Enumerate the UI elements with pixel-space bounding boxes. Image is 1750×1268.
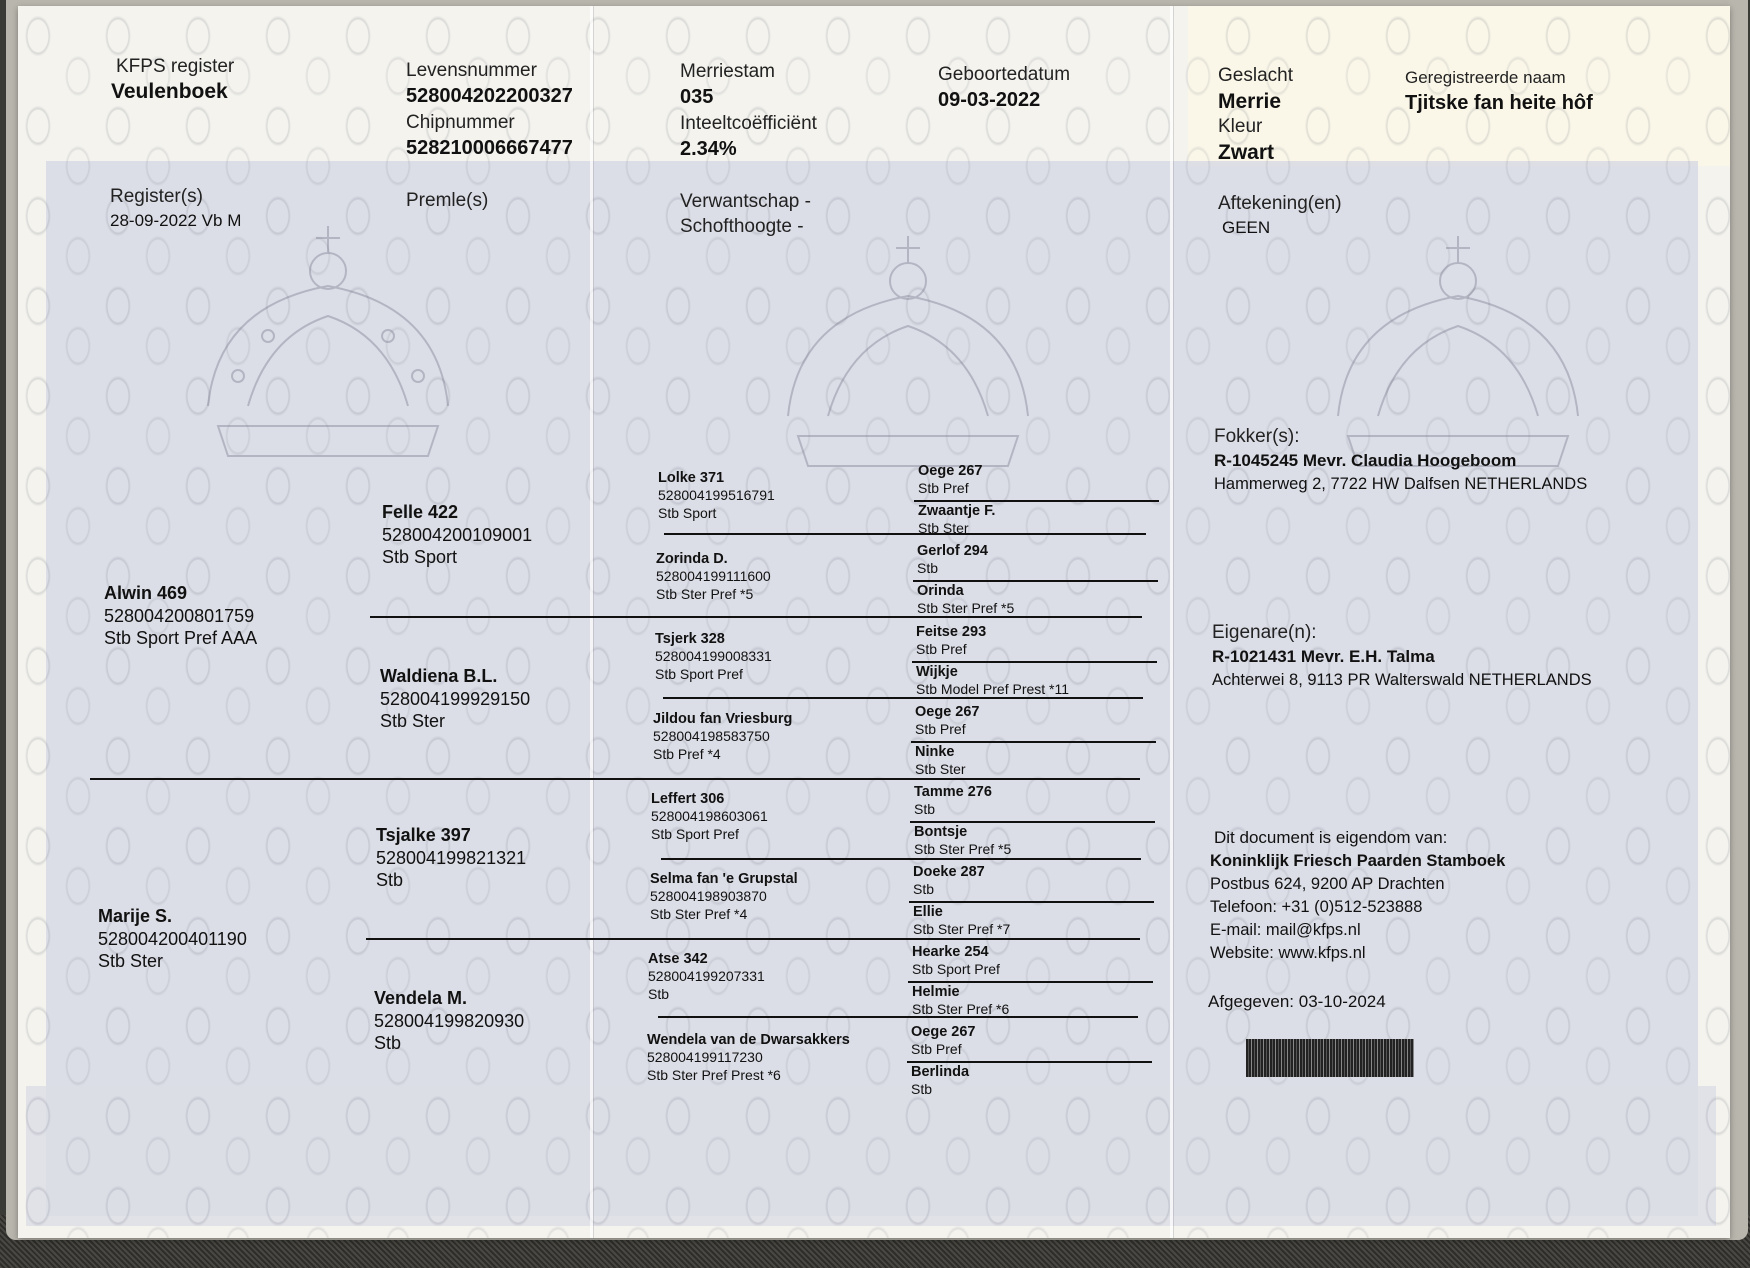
fold-line [590,6,593,1238]
pedigree-document: KFPS register Veulenboek Levensnummer 52… [18,6,1730,1238]
verwantschap: Verwantschap - [680,191,811,213]
crown-watermark-icon [178,226,478,506]
watermark-pattern [18,6,1730,1238]
naam-label: Geregistreerde naam [1405,68,1566,88]
pedigree-grandparent: Felle 422 528004200109001 Stb Sport [382,501,532,569]
pedigree-dam: Marije S. 528004200401190 Stb Ster [98,905,247,973]
kleur-value: Zwart [1218,141,1274,165]
chipnummer-label: Chipnummer [406,112,515,134]
kleur-label: Kleur [1218,116,1262,138]
aftekeningen-value: GEEN [1222,218,1270,238]
registers-label: Register(s) [110,186,203,208]
pedigree-great-great-grandparent: Gerlof 294Stb [917,542,988,578]
pedigree-great-great-grandparent: EllieStb Ster Pref *7 [913,903,1010,939]
pedigree-great-grandparent: Wendela van de Dwarsakkers 5280041991172… [647,1031,850,1084]
divider [366,938,1140,940]
pedigree-great-great-grandparent: BerlindaStb [911,1063,969,1099]
chipnummer-value: 528210006667477 [406,137,573,160]
breeder-address: Hammerweg 2, 7722 HW Dalfsen NETHERLANDS [1214,475,1587,494]
owner-name: R-1021431 Mevr. E.H. Talma [1212,647,1435,667]
geslacht-label: Geslacht [1218,65,1293,87]
pedigree-great-grandparent: Atse 342 528004199207331 Stb [648,950,765,1003]
merriestam-label: Merriestam [680,61,775,83]
issued-date: Afgegeven: 03-10-2024 [1208,992,1386,1012]
pedigree-grandparent: Tsjalke 397 528004199821321 Stb [376,824,526,892]
pedigree-great-grandparent: Tsjerk 328 528004199008331 Stb Sport Pre… [655,630,772,683]
divider [658,1016,1138,1018]
divider [661,858,1141,860]
owner-label: Eigenare(n): [1212,622,1317,644]
pedigree-great-great-grandparent: Hearke 254Stb Sport Pref [912,943,1000,979]
geslacht-value: Merrie [1218,90,1281,114]
crown-watermark-icon [758,236,1058,516]
levensnummer-value: 528004202200327 [406,85,573,108]
property-phone: Telefoon: +31 (0)512-523888 [1210,898,1422,917]
owner-address: Achterwei 8, 9113 PR Walterswald NETHERL… [1212,671,1592,690]
divider [370,616,1142,618]
property-intro: Dit document is eigendom van: [1214,828,1447,848]
levensnummer-label: Levensnummer [406,60,537,82]
premies-label: Premle(s) [406,190,488,212]
registers-value: 28-09-2022 Vb M [110,211,241,231]
inteelt-label: Inteeltcoëfficiënt [680,113,817,135]
pedigree-great-great-grandparent: HelmieStb Ster Pref *6 [912,983,1009,1019]
pedigree-grandparent: Waldiena B.L. 528004199929150 Stb Ster [380,665,530,733]
pedigree-great-grandparent: Zorinda D. 528004199111600 Stb Ster Pref… [656,550,771,603]
fold-line [1170,6,1173,1238]
pedigree-great-grandparent: Lolke 371 528004199516791 Stb Sport [658,469,775,522]
divider [664,533,1146,535]
geboortedatum-label: Geboortedatum [938,64,1070,86]
pedigree-great-great-grandparent: Oege 267Stb Pref [918,462,983,498]
pedigree-great-great-grandparent: BontsjeStb Ster Pref *5 [914,823,1011,859]
divider [663,697,1143,699]
pedigree-great-grandparent: Jildou fan Vriesburg 528004198583750 Stb… [653,710,792,763]
crown-watermark-icon [1308,236,1608,516]
breeder-name: R-1045245 Mevr. Claudia Hoogeboom [1214,451,1516,471]
pedigree-great-great-grandparent: Doeke 287Stb [913,863,985,899]
merriestam-value: 035 [680,86,713,109]
pedigree-great-great-grandparent: WijkjeStb Model Pref Prest *11 [916,663,1069,699]
naam-value: Tjitske fan heite hôf [1405,92,1593,115]
register-value: Veulenboek [111,80,228,104]
pedigree-grandparent: Vendela M. 528004199820930 Stb [374,987,524,1055]
property-address: Postbus 624, 9200 AP Drachten [1210,875,1445,894]
pedigree-great-great-grandparent: Zwaantje F.Stb Ster [918,502,995,538]
pedigree-great-grandparent: Selma fan 'e Grupstal 528004198903870 St… [650,870,798,923]
pedigree-great-grandparent: Leffert 306 528004198603061 Stb Sport Pr… [651,790,768,843]
inteelt-value: 2.34% [680,138,737,161]
breeder-label: Fokker(s): [1214,426,1300,448]
property-email[interactable]: E-mail: mail@kfps.nl [1210,921,1361,940]
pedigree-great-great-grandparent: OrindaStb Ster Pref *5 [917,582,1014,618]
property-website[interactable]: Website: www.kfps.nl [1210,944,1366,963]
geboortedatum-value: 09-03-2022 [938,89,1040,112]
barcode-icon [1246,1039,1414,1077]
schofthoogte: Schofthoogte - [680,216,804,238]
pedigree-great-great-grandparent: Tamme 276Stb [914,783,992,819]
property-org: Koninklijk Friesch Paarden Stamboek [1210,852,1505,871]
pedigree-great-great-grandparent: Oege 267Stb Pref [911,1023,976,1059]
register-label: KFPS register [116,56,234,78]
pedigree-sire: Alwin 469 528004200801759 Stb Sport Pref… [104,582,257,650]
divider [90,778,1140,780]
pedigree-great-great-grandparent: NinkeStb Ster [915,743,966,779]
pedigree-great-great-grandparent: Feitse 293Stb Pref [916,623,986,659]
pedigree-great-great-grandparent: Oege 267Stb Pref [915,703,980,739]
aftekeningen-label: Aftekening(en) [1218,193,1342,215]
